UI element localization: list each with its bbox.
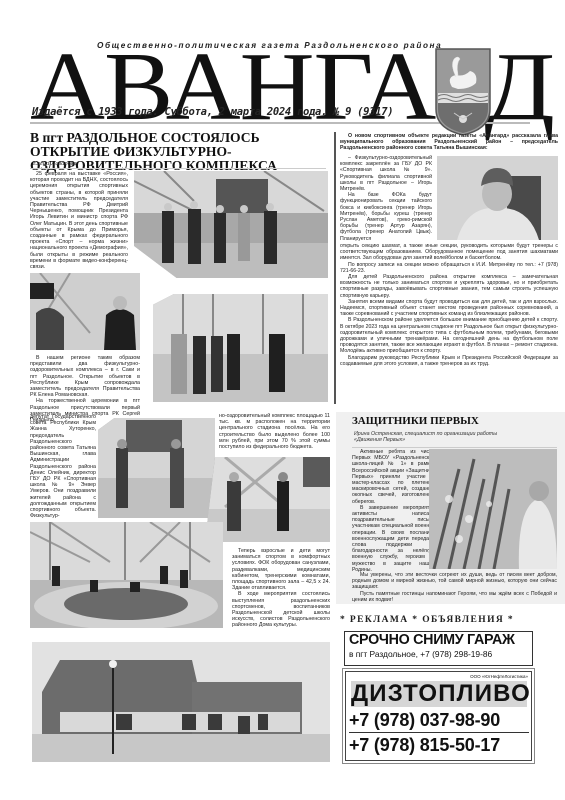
tatyana-vyshinskaya-portrait-photo	[437, 156, 558, 240]
defenders-paragraphs-left: Активные ребята из числа Первых МБОУ «Ра…	[352, 449, 435, 573]
interview-photo	[30, 273, 140, 350]
paragraph-text: В завершение мероприятия активисты напис…	[352, 505, 435, 573]
paragraph-text: 25 февраля на выставке «Россия», которая…	[30, 171, 128, 270]
paragraph-text: В нашем регионе таким образом представил…	[30, 355, 140, 398]
defenders-divider	[352, 447, 557, 448]
diesel-fuel-ad-frame: ООО «ЮгНефтеЛогистика» ДИЗТОПЛИВО +7 (97…	[345, 671, 532, 761]
ribbon-ceremony-photo	[153, 294, 328, 402]
hosts-on-stage-photo	[205, 457, 330, 542]
defenders-paragraphs-bottom: Мы уверены, что эти весточки согреют их …	[352, 572, 557, 603]
defenders-byline: Ирина Остренская, специалист по организа…	[354, 431, 514, 444]
main-paragraph-4: но-оздоровительный комплекс площадью 11 …	[219, 413, 330, 450]
right-article-paragraphs-bottom: открыть секцию шахмат, а также иные секц…	[340, 243, 558, 367]
fuel-ad-divider	[349, 732, 529, 733]
paragraph-text: Мы уверены, что эти весточки согреют их …	[352, 572, 557, 591]
right-article-sidebar-rule	[334, 132, 336, 404]
wrestling-mat-photo	[30, 522, 223, 628]
swan-coat-of-arms-icon	[434, 47, 492, 137]
paragraph-text: В ходе мероприятия состоялись выступлени…	[232, 591, 330, 628]
right-article-paragraphs-top: – Физкультурно-оздоровительный комплекс …	[340, 155, 432, 242]
paragraph-text: но-оздоровительный комплекс площадью 11 …	[219, 413, 330, 450]
paragraph-text: депутат Государственного совета Республи…	[30, 414, 96, 519]
main-paragraph-3: депутат Государственного совета Республи…	[30, 414, 96, 519]
headline-divider	[30, 168, 326, 169]
main-paragraph-2: В нашем регионе таким образом представил…	[30, 355, 140, 423]
lead-text: О новом спортивном объекте редакции газе…	[340, 133, 558, 152]
officials-group-photo	[134, 171, 328, 278]
diesel-fuel-ad: ООО «ЮгНефтеЛогистика» ДИЗТОПЛИВО +7 (97…	[342, 668, 535, 764]
paragraph-text: Для детей Раздольненского района открыти…	[340, 274, 558, 299]
fuel-ad-phone-2: +7 (978) 815-50-17	[349, 734, 529, 756]
paragraph-text: На базе ФОКа будут функционировать секци…	[340, 192, 432, 242]
fuel-ad-phone-1: +7 (978) 037-98-90	[349, 709, 529, 731]
issue-line: Издаётся с 1933 года. Суббота, 2 марта 2…	[32, 106, 393, 118]
fuel-ad-company: ООО «ЮгНефтеЛогистика»	[470, 674, 528, 679]
paragraph-text: Благодарим руководство Республики Крым и…	[340, 355, 558, 367]
garage-ad: СРОЧНО СНИМУ ГАРАЖ в пгт Раздольное, +7 …	[344, 631, 533, 666]
main-byline: Елена Лазарева	[33, 160, 77, 167]
sports-complex-building-photo	[32, 642, 330, 762]
garage-ad-headline: СРОЧНО СНИМУ ГАРАЖ	[349, 632, 515, 649]
paragraph-text: По вопросу записи на секции можно обраща…	[340, 262, 558, 274]
fuel-ad-product: ДИЗТОПЛИВО	[351, 681, 527, 707]
paragraph-text: Активные ребята из числа Первых МБОУ «Ра…	[352, 449, 435, 505]
paragraph-text: Теперь взрослые и дети могут заниматься …	[232, 548, 330, 591]
garage-ad-details: в пгт Раздольное, +7 (978) 298-19-86	[349, 649, 492, 660]
paragraph-text: открыть секцию шахмат, а также иные секц…	[340, 243, 558, 262]
paragraph-text: В Раздольненском районе уделяется большо…	[340, 317, 558, 354]
paragraph-text: Занятия всеми видами спорта будут провод…	[340, 299, 558, 318]
camouflage-net-weaving-photo	[429, 449, 557, 569]
boxing-kids-photo	[98, 418, 215, 518]
paragraph-text: – Физкультурно-оздоровительный комплекс …	[340, 155, 432, 192]
paragraph-text: Пусть памятные гостинцы напоминают Героя…	[352, 591, 557, 603]
right-article-lead: О новом спортивном объекте редакции газе…	[340, 133, 558, 152]
ads-section-header: * РЕКЛАМА * ОБЪЯВЛЕНИЯ *	[340, 615, 514, 625]
defenders-title: ЗАЩИТНИКИ ПЕРВЫХ	[352, 415, 479, 427]
main-paragraph-5: Теперь взрослые и дети могут заниматься …	[232, 548, 330, 629]
main-paragraph-1: 25 февраля на выставке «Россия», которая…	[30, 171, 128, 270]
